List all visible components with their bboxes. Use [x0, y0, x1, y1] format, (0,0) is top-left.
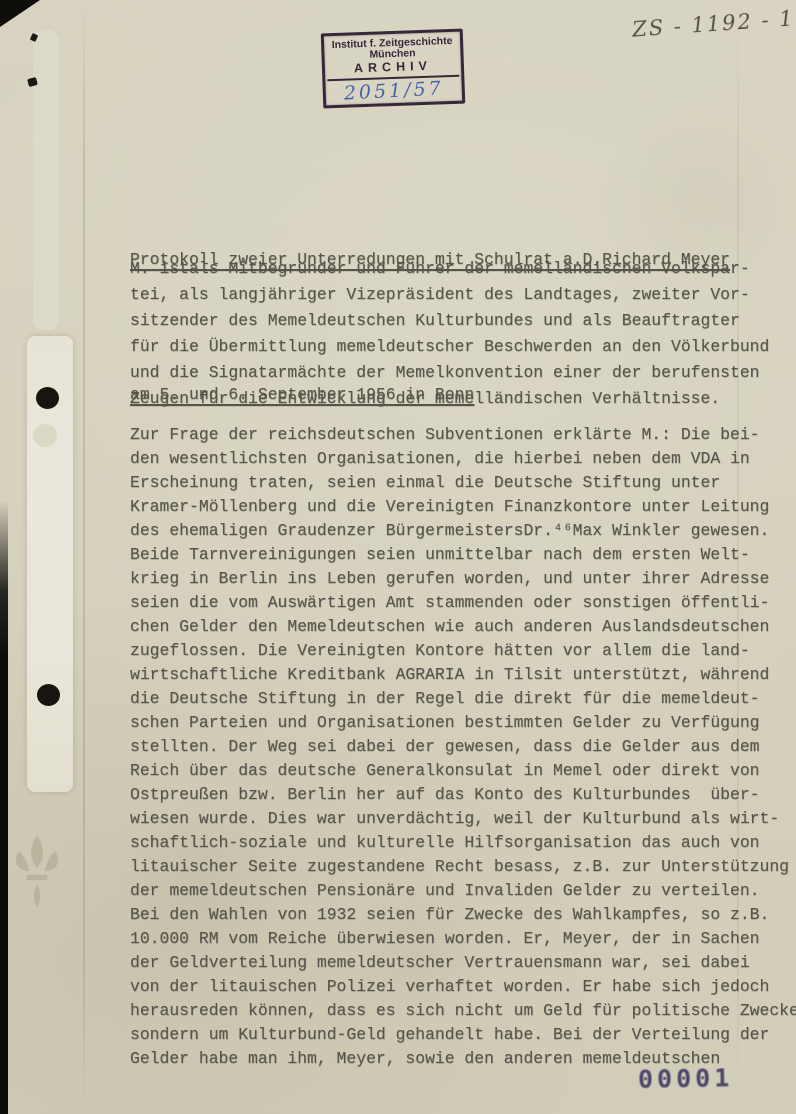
punch-hole-icon [37, 684, 60, 706]
stamp-number-handwritten: 2051/57 [325, 76, 462, 105]
scan-edge-shadow [0, 500, 8, 1114]
archive-stamp: Institut f. Zeitgeschichte München ARCHI… [321, 29, 466, 109]
page-number-stamp: 00001 [638, 1063, 734, 1094]
paragraph-subventions: Zur Frage der reichsdeutschen Subvention… [130, 423, 796, 1071]
fleur-de-lis-watermark-icon [6, 832, 68, 915]
binding-strip-ghost [33, 30, 59, 330]
punch-hole-ghost [33, 424, 57, 447]
scanned-document-page: ZS - 1192 - 1 Institut f. Zeitgeschichte… [0, 0, 796, 1114]
archive-signature-handwritten: ZS - 1192 - 1 [631, 6, 795, 41]
scan-corner-artifact [0, 0, 40, 27]
punch-hole-icon [36, 387, 59, 409]
paragraph-introduction: M. istals Mitbegründer und Führer der me… [130, 256, 790, 412]
paper-crease [83, 0, 85, 1114]
